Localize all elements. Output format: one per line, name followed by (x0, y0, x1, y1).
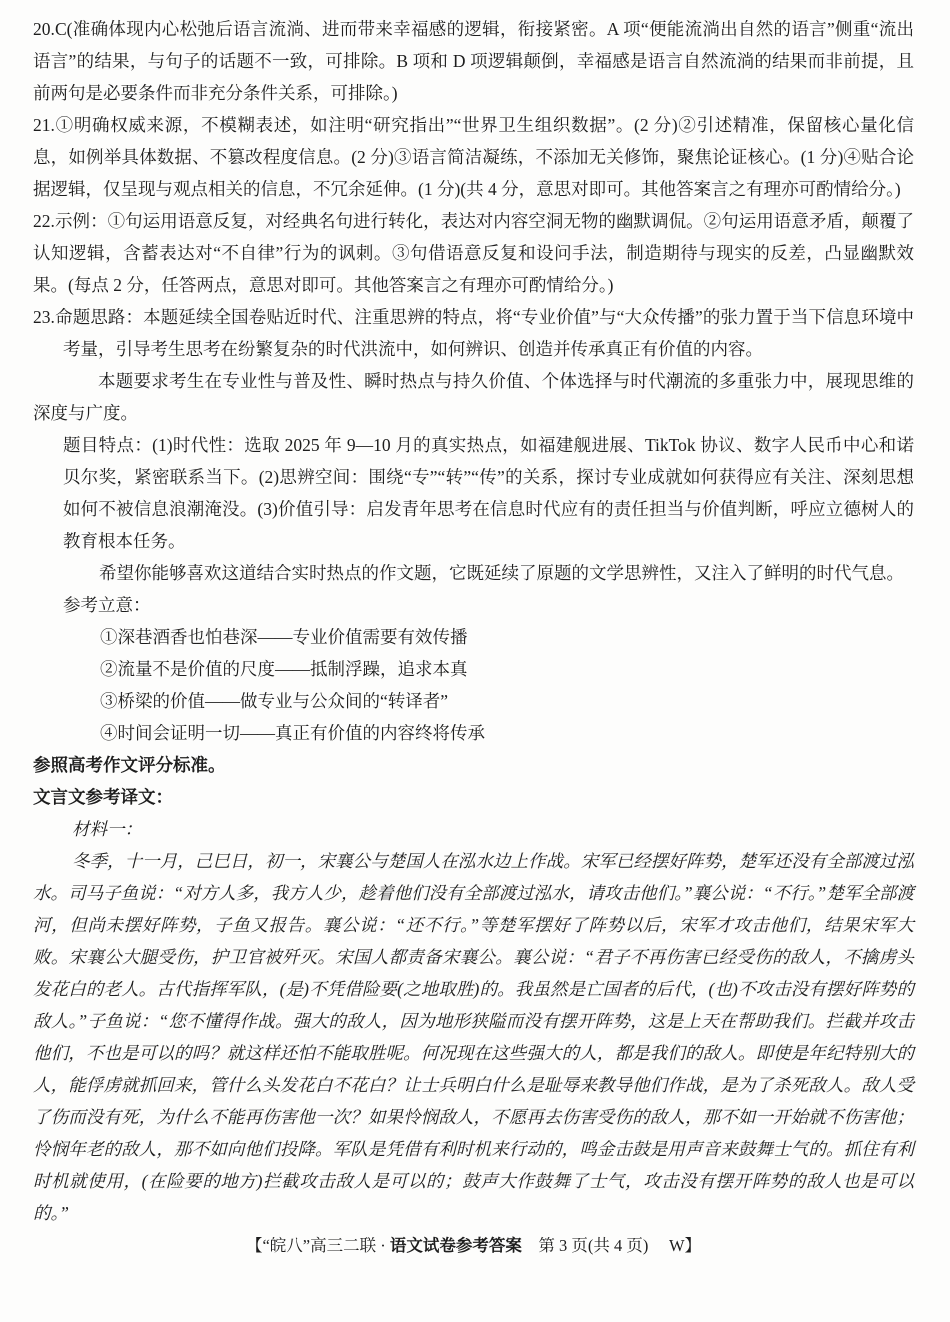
grading-standard-heading: 参照高考作文评分标准。 (33, 749, 914, 781)
idea-item-3: ③桥梁的价值——做专业与公众间的“转译者” (100, 685, 914, 717)
item-number-22: 22. (33, 205, 55, 237)
item-23-features-paragraph: 题目特点：(1)时代性：选取 2025 年 9—10 月的真实热点，如福建舰进展… (63, 429, 914, 557)
item-text-22: 示例：①句运用语意反复，对经典名句进行转化，表达对内容空洞无物的幽默调侃。②句运… (33, 211, 914, 295)
idea-item-2: ②流量不是价值的尺度——抵制浮躁，追求本真 (100, 653, 914, 685)
item-text-21: ①明确权威来源，不模糊表述，如注明“研究指出”“世界卫生组织数据”。(2 分)②… (33, 115, 914, 199)
answer-item-22: 22.示例：①句运用语意反复，对经典名句进行转化，表达对内容空洞无物的幽默调侃。… (33, 205, 914, 301)
footer-prefix: 【“皖八”高三二联 · (246, 1236, 390, 1255)
answer-item-21: 21.①明确权威来源，不模糊表述，如注明“研究指出”“世界卫生组织数据”。(2 … (33, 109, 914, 205)
idea-item-4: ④时间会证明一切——真正有价值的内容终将传承 (100, 717, 914, 749)
item-text-23: 命题思路：本题延续全国卷贴近时代、注重思辨的特点，将“专业价值”与“大众传播”的… (55, 307, 914, 359)
footer-page-number: 第 3 页(共 4 页) W】 (522, 1236, 701, 1255)
material-one-label: 材料一： (33, 813, 914, 845)
answer-sheet-page: 20.C(准确体现内心松弛后语言流淌、进而带来幸福感的逻辑，衔接紧密。A 项“便… (0, 0, 950, 1322)
page-footer: 【“皖八”高三二联 · 语文试卷参考答案 第 3 页(共 4 页) W】 (33, 1231, 914, 1261)
item-23-hope-paragraph: 希望你能够喜欢这道结合实时热点的作文题，它既延续了原题的文学思辨性，又注入了鲜明… (63, 557, 914, 589)
answer-item-20: 20.C(准确体现内心松弛后语言流淌、进而带来幸福感的逻辑，衔接紧密。A 项“便… (33, 13, 914, 109)
item-number-20: 20. (33, 13, 55, 45)
footer-title: 语文试卷参考答案 (390, 1237, 522, 1255)
item-number-23: 23. (33, 301, 55, 333)
answer-item-23: 23.命题思路：本题延续全国卷贴近时代、注重思辨的特点，将“专业价值”与“大众传… (63, 301, 914, 365)
item-23-ideas-label: 参考立意： (63, 589, 914, 621)
item-text-20: C(准确体现内心松弛后语言流淌、进而带来幸福感的逻辑，衔接紧密。A 项“便能流淌… (33, 19, 914, 103)
classical-translation-heading: 文言文参考译文： (33, 781, 914, 813)
item-23-requirement-paragraph: 本题要求考生在专业性与普及性、瞬时热点与持久价值、个体选择与时代潮流的多重张力中… (33, 365, 914, 429)
item-number-21: 21. (33, 109, 55, 141)
idea-item-1: ①深巷酒香也怕巷深——专业价值需要有效传播 (100, 621, 914, 653)
translation-body: 冬季，十一月，己巳日，初一，宋襄公与楚国人在泓水边上作战。宋军已经摆好阵势，楚军… (33, 845, 914, 1229)
